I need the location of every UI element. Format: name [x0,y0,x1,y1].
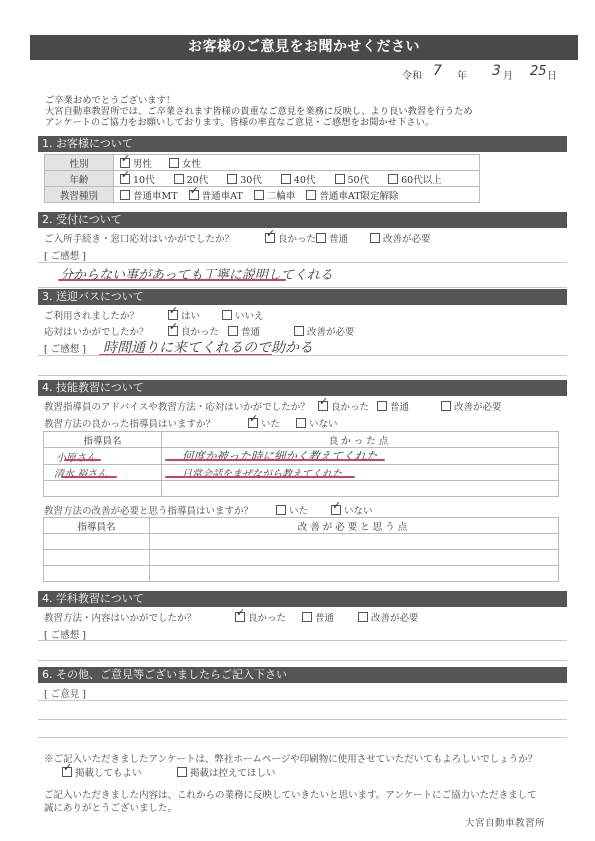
classroom-improve-option[interactable]: 改善が必要 [358,610,419,624]
red-underline [165,476,355,478]
age-50s-option[interactable]: 50代 [335,172,370,186]
age-60s-plus-option[interactable]: 60代以上 [388,172,442,186]
good-instructor-question: 教習方法の良かった指導員はいますか？ [44,416,215,430]
other-comment-line-3[interactable] [38,737,567,738]
column-header-good-points: 良かった点 [162,432,559,448]
checkbox[interactable] [316,233,326,243]
checkbox[interactable] [358,612,368,622]
age-40s-option[interactable]: 40代 [281,172,316,186]
red-underline [61,476,117,478]
closing-line-2: 誠にありがとうございました。 [44,800,177,814]
checkbox-checked[interactable] [168,326,178,336]
checkbox[interactable] [120,190,130,200]
checkbox[interactable] [335,174,345,184]
instructor-name[interactable] [44,566,150,582]
checkbox[interactable] [441,401,451,411]
bus-service-normal-option[interactable]: 普通 [228,324,260,338]
checkbox[interactable] [227,174,237,184]
reception-question: ご入所手続き・窓口応対はいかがでしたか？ [44,231,234,245]
reception-good-option[interactable]: 良かった [265,231,316,245]
consent-allow-option[interactable]: 掲載してもよい [62,765,142,779]
form-title: お客様のご意見をお聞かせください [30,35,578,60]
checkbox-checked[interactable] [248,418,258,428]
section-3-header: 3. 送迎バスについて [38,289,567,305]
classroom-question: 教習方法・内容はいかがでしたか？ [44,610,196,624]
section-1-header: 1. お客様について [38,136,567,152]
divider [38,355,567,356]
course-mt-option[interactable]: 普通車MT [120,188,178,202]
checkbox-checked[interactable] [120,174,130,184]
red-underline [64,459,101,461]
checkbox[interactable] [281,174,291,184]
column-header-improve-points: 改善が必要と思う点 [150,518,559,534]
intro-line-2: 大宮自動車教習所では、ご卒業されます皆様の貴重なご意見を業務に反映し、より良い教… [45,106,473,117]
classroom-comment-label: [ ご感想 ] [44,627,86,641]
age-30s-option[interactable]: 30代 [227,172,262,186]
bus-service-good-option[interactable]: 良かった [168,324,219,338]
other-comment-line-1[interactable] [38,700,567,701]
intro-line-3: アンケートのご協力をお願いしております。皆様の率直なご意見・ご感想をお聞かせ下さ… [45,117,434,128]
instructor-name[interactable]: 清水 裕さん [54,469,107,480]
classroom-comment-line-2[interactable] [38,660,567,661]
instructor-name[interactable] [44,481,162,497]
age-10s-option[interactable]: 10代 [120,172,155,186]
age-label: 年齢 [45,171,114,187]
classroom-good-option[interactable]: 良かった [235,610,286,624]
improve-point[interactable] [150,550,559,566]
school-signature: 大宮自動車教習所 [465,815,545,829]
section-4-header: 4. 技能教習について [38,380,567,396]
consent-deny-option[interactable]: 掲載は控えてほしい [177,765,276,779]
checkbox-checked[interactable] [168,310,178,320]
instructor-name[interactable] [44,550,150,566]
date-month-unit: 月 [503,67,513,82]
instructor-rating-question: 教習指導員のアドバイスや教習方法・応対はいかがでしたか？ [44,399,310,413]
checkbox[interactable] [294,326,304,336]
bus-used-question: ご利用されましたか？ [44,308,139,322]
date-year-unit: 年 [457,67,467,82]
gender-row: 性別 男性 女性 [45,155,480,171]
checkbox[interactable] [276,505,286,515]
bus-service-improve-option[interactable]: 改善が必要 [294,324,355,338]
instructor-name[interactable]: 小原さん [56,453,96,464]
good-point[interactable] [162,481,559,497]
other-comment-label: [ ご意見 ] [44,686,86,700]
checkbox[interactable] [254,190,264,200]
instructor-improve-option[interactable]: 改善が必要 [441,399,502,413]
section-6-header: 6. その他、ご意見等ございましたらご記入下さい [38,667,567,683]
closing-line-1: ご記入いただきました内容は、これからの業務に反映していきたいと思います。アンケー… [44,787,537,801]
course-type-row: 教習種別 普通車MT 普通車AT 二輪車 普通車AT限定解除 [45,187,480,203]
checkbox[interactable] [306,190,316,200]
date-year[interactable]: 7 [433,63,442,79]
improve-instructor-yes-option[interactable]: いた [276,503,308,517]
bus-comment-label: [ ご感想 ] [44,341,86,355]
checkbox[interactable] [388,174,398,184]
good-instructor-yes-option[interactable]: いた [248,416,280,430]
checkbox-checked[interactable] [318,401,328,411]
column-header-instructor: 指導員名 [44,518,150,534]
bus-used-no-option[interactable]: いいえ [222,308,264,322]
bus-service-question: 応対はいかがでしたか？ [44,324,149,338]
improve-instructor-table: 指導員名 改善が必要と思う点 [43,517,559,582]
red-underline [165,459,385,461]
reception-comment-label: [ ご感想 ] [44,248,86,262]
red-underline [58,279,286,281]
checkbox-checked[interactable] [189,190,199,200]
improve-instructor-no-option[interactable]: いない [331,503,373,517]
consent-question: ※ご記入いただきましたアンケートは、弊社ホームページや印刷物に使用させていただい… [44,751,537,765]
instructor-normal-option[interactable]: 普通 [377,399,409,413]
good-instructor-no-option[interactable]: いない [296,416,338,430]
checkbox[interactable] [169,158,179,168]
table-row [44,481,559,497]
checkbox[interactable] [174,174,184,184]
table-row [44,566,559,582]
section-2-header: 2. 受付について [38,212,567,228]
customer-info-table: 性別 男性 女性 年齢 10代 20代 30代 40代 50代 60代以上 教習… [44,154,480,203]
date-era: 令和 [402,67,422,82]
other-comment-line-2[interactable] [38,719,567,720]
checkbox-checked[interactable] [120,158,130,168]
checkbox-checked[interactable] [331,505,341,515]
gender-label: 性別 [45,155,114,171]
course-type-label: 教習種別 [45,187,114,203]
table-row [44,534,559,550]
instructor-good-option[interactable]: 良かった [318,399,369,413]
good-instructor-table: 指導員名 良かった点 小原さん 何度か被った時に細かく教えてくれた 清水 裕さん… [43,431,559,497]
course-at-option[interactable]: 普通車AT [189,188,243,202]
improve-point[interactable] [150,566,559,582]
instructor-name[interactable] [44,534,150,550]
checkbox[interactable] [228,326,238,336]
reception-normal-option[interactable]: 普通 [316,231,348,245]
checkbox[interactable] [302,612,312,622]
checkbox[interactable] [177,767,187,777]
good-point[interactable]: 日常会話をまぜながら教えてくれた [182,469,342,480]
checkbox-checked[interactable] [265,233,275,243]
table-row: 小原さん 何度か被った時に細かく教えてくれた [44,448,559,465]
classroom-comment-line-1[interactable] [38,640,567,641]
divider [38,375,567,376]
improve-point[interactable] [150,534,559,550]
table-row [44,550,559,566]
course-motorcycle-option[interactable]: 二輪車 [254,188,296,202]
date-month[interactable]: 3 [492,63,501,79]
gender-female-option[interactable]: 女性 [169,156,201,170]
checkbox[interactable] [296,418,306,428]
age-row: 年齢 10代 20代 30代 40代 50代 60代以上 [45,171,480,187]
section-5-header: 4. 学科教習について [38,591,567,607]
checkbox[interactable] [370,233,380,243]
date-day-unit: 日 [547,67,557,82]
course-at-limit-removal-option[interactable]: 普通車AT限定解除 [306,188,398,202]
date-day[interactable]: 25 [530,64,547,79]
classroom-normal-option[interactable]: 普通 [302,610,334,624]
improve-instructor-question: 教習方法の改善が必要と思う指導員はいますか？ [44,503,253,517]
checkbox-checked[interactable] [235,612,245,622]
reception-improve-option[interactable]: 改善が必要 [370,231,431,245]
table-row: 清水 裕さん 日常会話をまぜながら教えてくれた [44,465,559,481]
checkbox[interactable] [377,401,387,411]
column-header-instructor: 指導員名 [44,432,162,448]
divider [38,287,567,288]
checkbox[interactable] [222,310,232,320]
divider [38,262,567,263]
checkbox-checked[interactable] [62,767,72,777]
intro-line-1: ご卒業おめでとうございます！ [45,95,175,106]
